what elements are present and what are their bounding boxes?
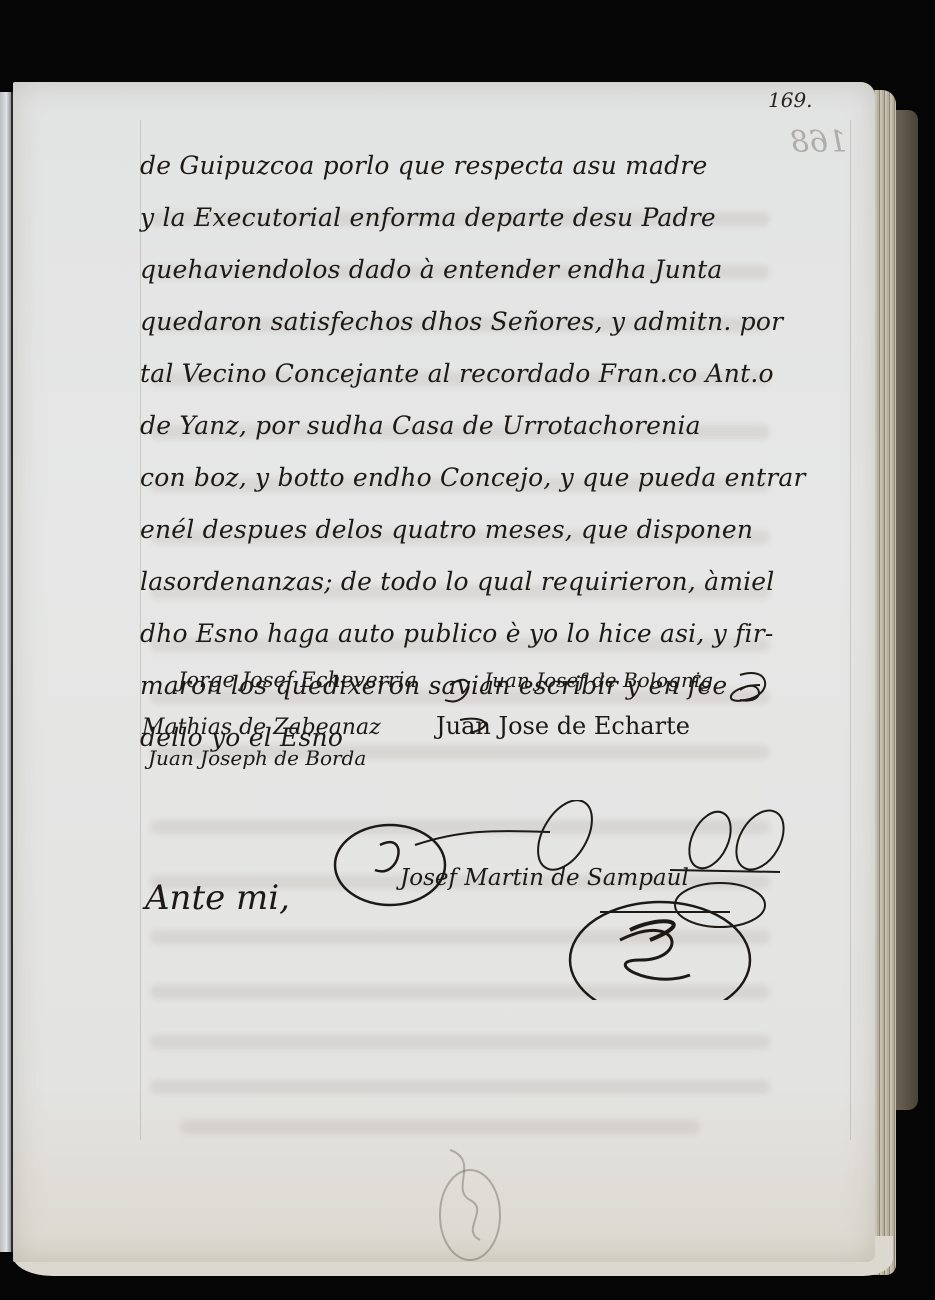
- text-line: lasordenanzas; de todo lo qual requirier…: [140, 556, 790, 608]
- text-line: quedaron satisfechos dhos Señores, y adm…: [140, 296, 790, 348]
- margin-rule-right: [850, 120, 851, 1140]
- signature-echeverria: Jorge Josef Echeverria: [178, 668, 417, 692]
- text-line: enél despues delos quatro meses, que dis…: [140, 504, 790, 556]
- folio-number: 169.: [768, 88, 813, 112]
- left-page-edge: [0, 92, 13, 1252]
- ante-mi-label: Ante mi,: [145, 878, 290, 918]
- bleed-through-rubric-icon: [420, 1130, 510, 1270]
- ghost-folio-number: 168: [790, 125, 847, 160]
- text-line: quehaviendolos dado à entender endha Jun…: [140, 244, 790, 296]
- text-line: con boz, y botto endho Concejo, y que pu…: [140, 452, 790, 504]
- signature-zabeanaz: Mathias de Zabeanaz: [142, 715, 381, 740]
- text-line: y la Executorial enforma departe desu Pa…: [140, 192, 790, 244]
- text-line: tal Vecino Concejante al recordado Fran.…: [140, 348, 790, 400]
- text-line: de Yanz, por sudha Casa de Urrotachoreni…: [140, 400, 790, 452]
- text-line: dho Esno haga auto publico è yo lo hice …: [140, 608, 790, 660]
- rubric-flourish-icon: [440, 655, 780, 765]
- notary-rubric-icon: [320, 800, 790, 1000]
- page-fore-edge: [872, 90, 896, 1275]
- signature-borda: Juan Joseph de Borda: [148, 746, 366, 770]
- back-cover: [894, 110, 918, 1110]
- text-line: de Guipuzcoa porlo que respecta asu madr…: [140, 140, 790, 192]
